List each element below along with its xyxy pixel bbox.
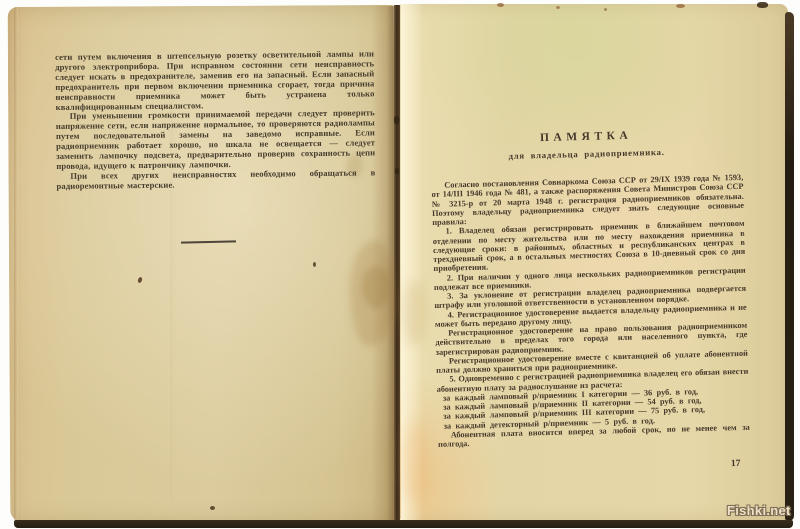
ink-speck	[556, 6, 560, 9]
ink-speck	[210, 506, 215, 510]
paragraph: Согласно постановления Совнаркома Союза …	[431, 173, 744, 227]
memo-body: Согласно постановления Совнаркома Союза …	[431, 173, 750, 449]
page-block-edge-bottom	[14, 520, 793, 528]
paragraph: сети путем включения в штепсельную розет…	[55, 49, 375, 112]
watermark: Fishki.net	[727, 503, 791, 518]
rule-item: 1. Владелец обязан регистрировать приемн…	[432, 219, 745, 273]
spine-staple	[395, 168, 399, 174]
spine-staple	[394, 116, 399, 124]
page-block-edge-right	[785, 12, 794, 521]
ink-speck	[313, 262, 316, 267]
page-number: 17	[731, 459, 741, 469]
ink-speck	[497, 3, 504, 7]
ink-speck	[604, 8, 607, 11]
left-page-text: сети путем включения в штепсельную розет…	[55, 49, 376, 191]
gutter-shadow	[371, 6, 395, 521]
paper-crease	[14, 7, 18, 520]
memo-subtitle: для владельца радиоприемника.	[430, 145, 742, 163]
paragraph: При уменьшении громкости принимаемой пер…	[56, 109, 376, 172]
page-edge-chip	[757, 2, 768, 8]
right-page-text: ПАМЯТКА для владельца радиоприемника. Со…	[430, 127, 750, 449]
gutter-highlight	[401, 4, 423, 520]
paragraph: При всех других неисправностях необходим…	[56, 168, 375, 191]
book-scan: сети путем включения в штепсельную розет…	[0, 0, 800, 529]
ink-speck	[676, 4, 685, 8]
